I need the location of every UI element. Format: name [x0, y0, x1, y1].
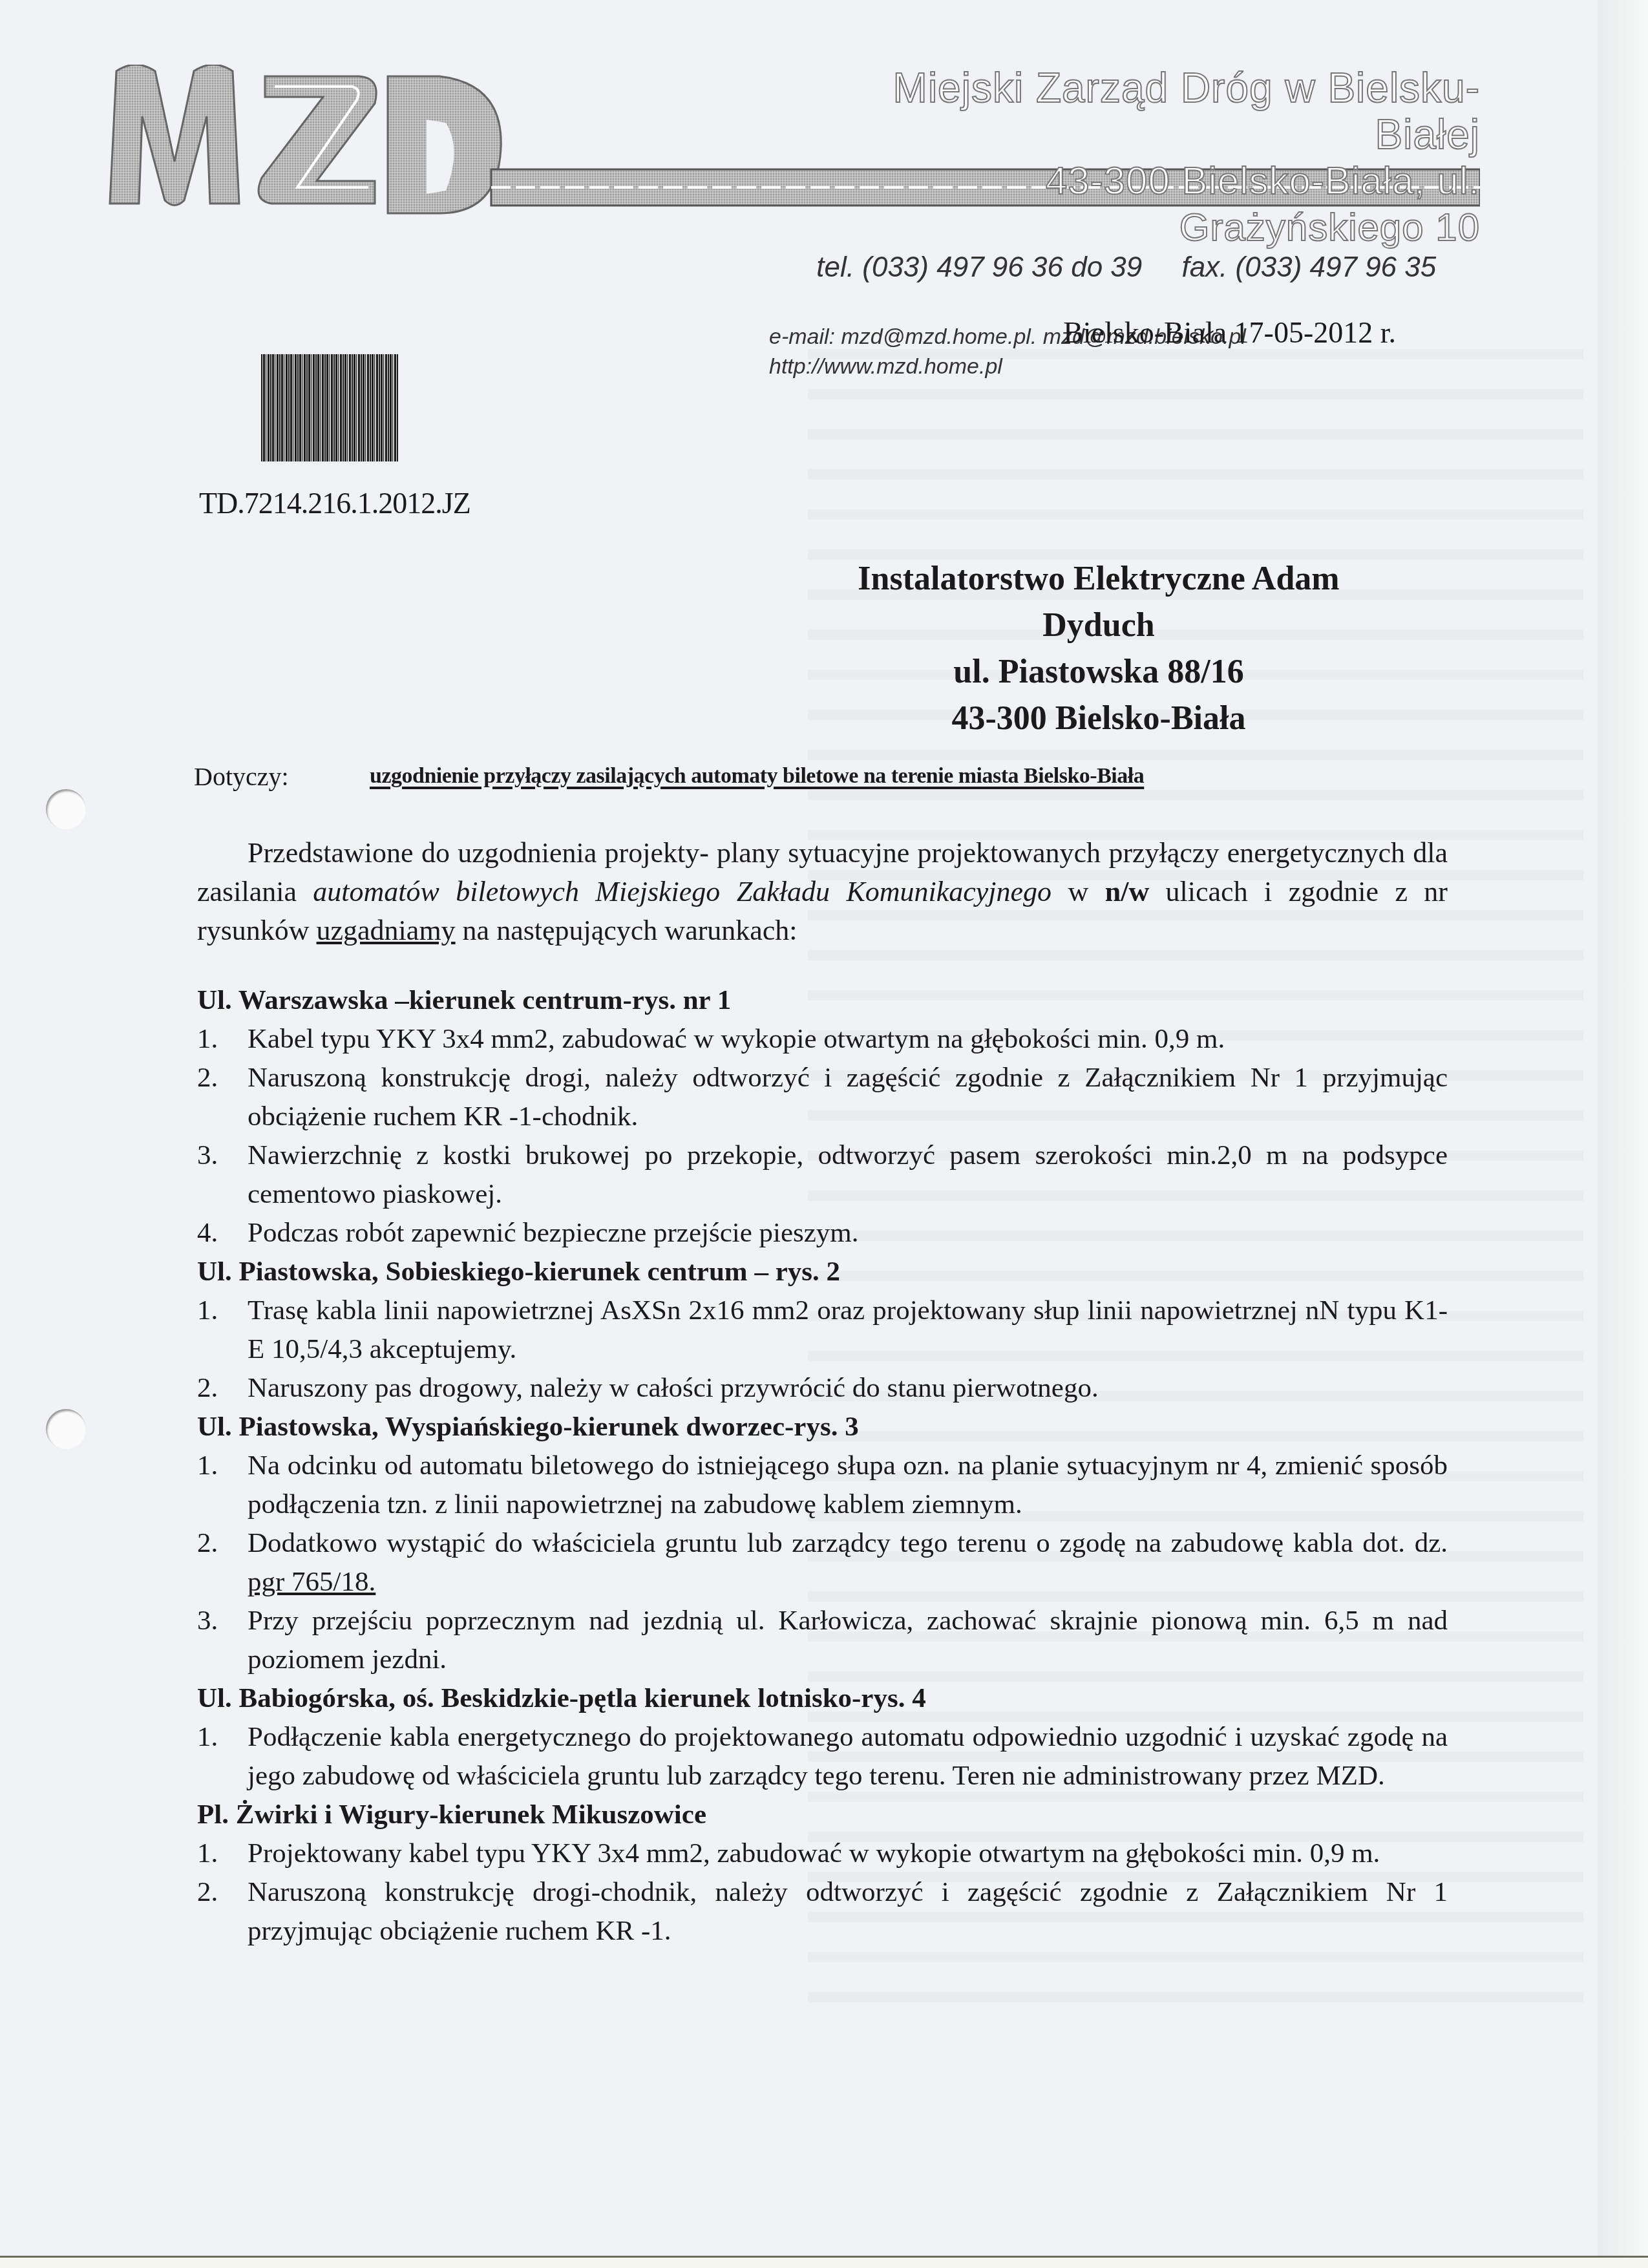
item-text: Na odcinku od automatu biletowego do ist…: [248, 1447, 1448, 1524]
contact-block: tel. (033) 497 96 36 do 39 fax. (033) 49…: [769, 213, 1436, 381]
item-text: Podłączenie kabla energetycznego do proj…: [248, 1718, 1448, 1796]
subject-text: uzgodnienie przyłączy zasilających autom…: [370, 764, 1144, 789]
item-text: Nawierzchnię z kostki brukowej po przeko…: [248, 1136, 1448, 1214]
conditions-list: Ul. Warszawska –kierunek centrum-rys. nr…: [197, 981, 1448, 1951]
section-title: Ul. Warszawska –kierunek centrum-rys. nr…: [197, 981, 1448, 1020]
list-item: 2.Naruszoną konstrukcję drogi-chodnik, n…: [197, 1873, 1448, 1951]
item-text: Przy przejściu poprzecznym nad jezdnią u…: [248, 1602, 1448, 1679]
item-text: Naruszony pas drogowy, należy w całości …: [248, 1369, 1448, 1408]
item-number: 1.: [197, 1291, 248, 1369]
scanned-page: Miejski Zarząd Dróg w Bielsku-Białej 43-…: [0, 0, 1598, 2256]
list-item: 4.Podczas robót zapewnić bezpieczne prze…: [197, 1214, 1448, 1253]
section-title: Pl. Żwirki i Wigury-kierunek Mikuszowice: [197, 1796, 1448, 1834]
list-item: 1.Na odcinku od automatu biletowego do i…: [197, 1447, 1448, 1524]
list-item: 1.Podłączenie kabla energetycznego do pr…: [197, 1718, 1448, 1796]
item-number: 1.: [197, 1718, 248, 1796]
item-number: 2.: [197, 1873, 248, 1951]
recipient-address: Instalatorstwo Elektryczne Adam Dyduch u…: [776, 556, 1422, 742]
item-text: Trasę kabla linii napowietrznej AsXSn 2x…: [248, 1291, 1448, 1369]
item-text: Kabel typu YKY 3x4 mm2, zabudować w wyko…: [248, 1020, 1448, 1059]
list-item: 3.Przy przejściu poprzecznym nad jezdnią…: [197, 1602, 1448, 1679]
list-item: 1.Trasę kabla linii napowietrznej AsXSn …: [197, 1291, 1448, 1369]
fax-number: fax. (033) 497 96 35: [1181, 251, 1436, 283]
scanner-margin-bottom: [0, 2256, 1648, 2268]
section-title: Ul. Piastowska, Sobieskiego-kierunek cen…: [197, 1253, 1448, 1291]
subject-label: Dotyczy:: [194, 761, 289, 792]
parcel-number: pgr 765/18.: [248, 1567, 375, 1597]
reference-number: TD.7214.216.1.2012.JZ: [199, 486, 470, 520]
scanner-margin: [1598, 0, 1648, 2268]
item-number: 3.: [197, 1136, 248, 1214]
organization-name: Miejski Zarząd Dróg w Bielsku-Białej: [808, 65, 1480, 158]
list-item: 1.Projektowany kabel typu YKY 3x4 mm2, z…: [197, 1834, 1448, 1873]
phone-number: tel. (033) 497 96 36 do 39: [816, 251, 1142, 283]
item-number: 3.: [197, 1602, 248, 1679]
intro-italic: automatów biletowych Miejskiego Zakładu …: [313, 876, 1051, 907]
list-item: 3.Nawierzchnię z kostki brukowej po prze…: [197, 1136, 1448, 1214]
list-item: 2.Naruszoną konstrukcję drogi, należy od…: [197, 1059, 1448, 1136]
recipient-city: 43-300 Bielsko-Biała: [776, 695, 1422, 742]
list-item: 1.Kabel typu YKY 3x4 mm2, zabudować w wy…: [197, 1020, 1448, 1059]
recipient-street: ul. Piastowska 88/16: [776, 649, 1422, 695]
item-text: Naruszoną konstrukcję drogi-chodnik, nal…: [248, 1873, 1448, 1951]
intro-paragraph: Przedstawione do uzgodnienia projekty- p…: [197, 834, 1448, 950]
item-text: Podczas robót zapewnić bezpieczne przejś…: [248, 1214, 1448, 1253]
item-number: 2.: [197, 1524, 248, 1602]
recipient-name: Dyduch: [776, 602, 1422, 649]
punch-hole: [46, 1409, 86, 1449]
list-item: 2.Dodatkowo wystąpić do właściciela grun…: [197, 1524, 1448, 1602]
letter-date: Bielsko-Biała 17-05-2012 r.: [1063, 315, 1396, 350]
item-number: 4.: [197, 1214, 248, 1253]
item-text: Naruszoną konstrukcję drogi, należy odtw…: [248, 1059, 1448, 1136]
item-number: 2.: [197, 1369, 248, 1408]
section-title: Ul. Piastowska, Wyspiańskiego-kierunek d…: [197, 1408, 1448, 1447]
intro-underlined: uzgadniamy: [317, 915, 456, 946]
item-text: Dodatkowo wystąpić do właściciela gruntu…: [248, 1524, 1448, 1602]
section-title: Ul. Babiogórska, oś. Beskidzkie-pętla ki…: [197, 1679, 1448, 1718]
item-number: 1.: [197, 1447, 248, 1524]
item-text: Projektowany kabel typu YKY 3x4 mm2, zab…: [248, 1834, 1448, 1873]
list-item: 2.Naruszony pas drogowy, należy w całośc…: [197, 1369, 1448, 1408]
item-number: 1.: [197, 1834, 248, 1873]
recipient-company: Instalatorstwo Elektryczne Adam: [776, 556, 1422, 602]
item-number: 1.: [197, 1020, 248, 1059]
barcode-icon: [261, 354, 398, 461]
punch-hole: [46, 789, 86, 829]
intro-bold: n/w: [1105, 876, 1149, 907]
website-url: http://www.mzd.home.pl: [769, 352, 1436, 381]
item-number: 2.: [197, 1059, 248, 1136]
